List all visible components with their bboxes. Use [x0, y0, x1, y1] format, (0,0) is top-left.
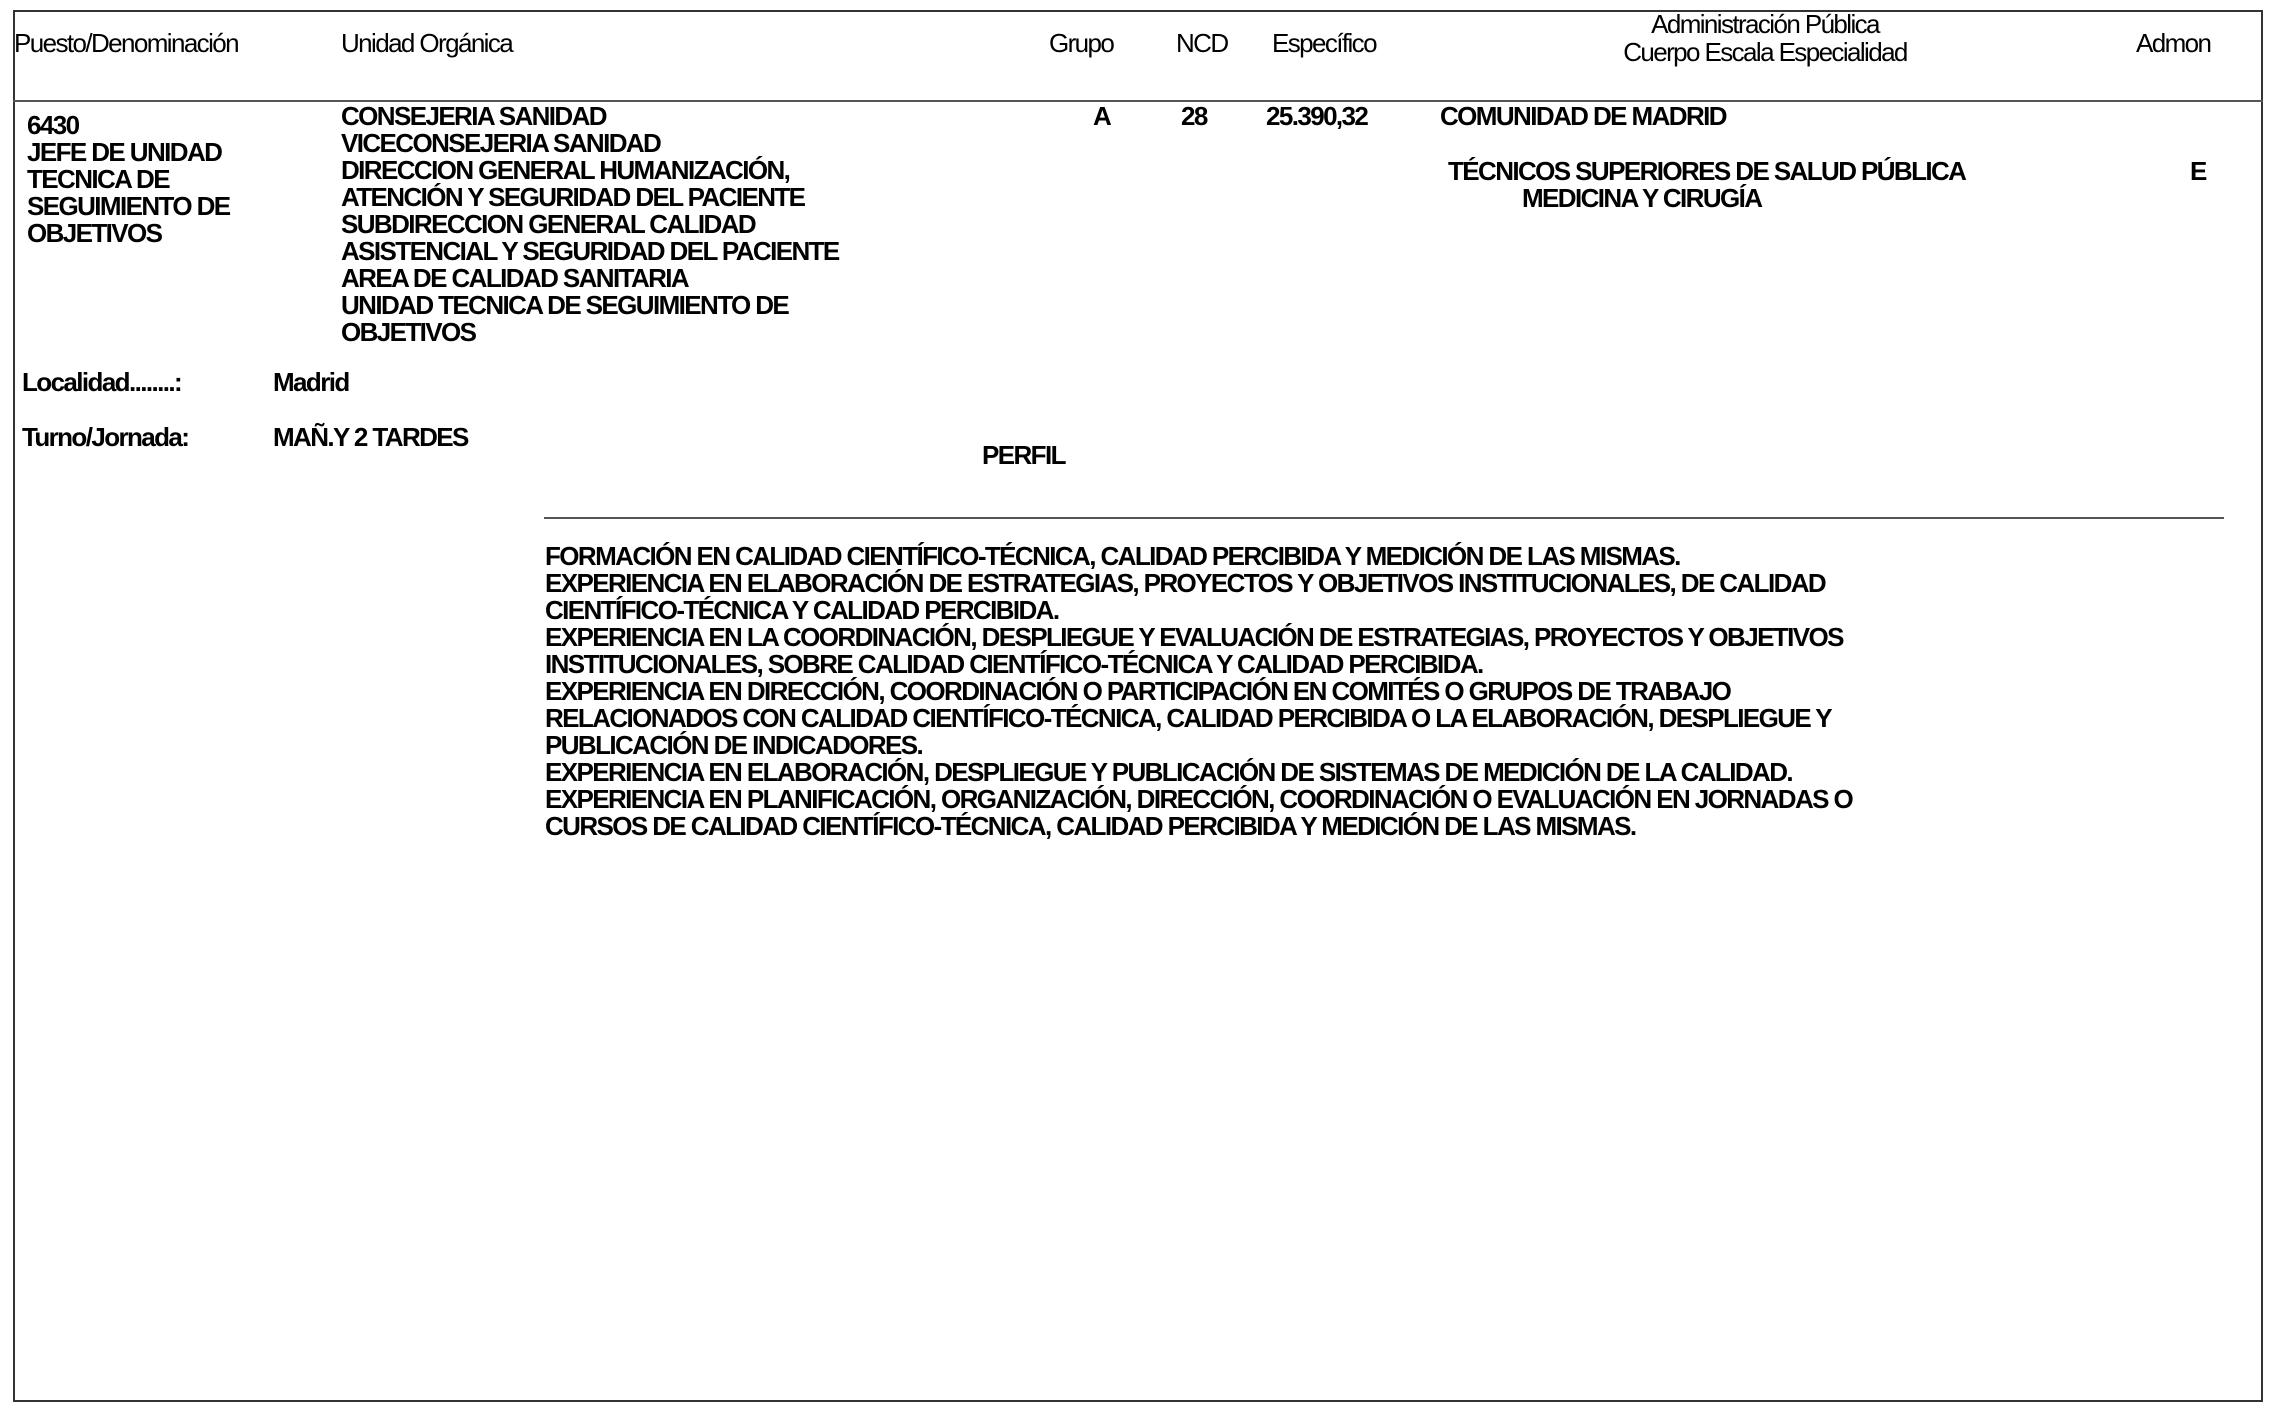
record-denominacion: JEFE DE UNIDADTECNICA DESEGUIMIENTO DEOB…	[27, 139, 230, 247]
denominacion-line: OBJETIVOS	[27, 220, 230, 247]
unidad-organica-line: ASISTENCIAL Y SEGURIDAD DEL PACIENTE	[341, 238, 839, 265]
perfil-line: FORMACIÓN EN CALIDAD CIENTÍFICO-TÉCNICA,…	[545, 543, 1852, 570]
unidad-organica-line: SUBDIRECCION GENERAL CALIDAD	[341, 211, 839, 238]
record-especifico: 25.390,32	[1266, 103, 1367, 130]
denominacion-line: SEGUIMIENTO DE	[27, 193, 230, 220]
turno-value: MAÑ.Y 2 TARDES	[273, 424, 468, 451]
record-admon: E	[2190, 158, 2206, 185]
turno-label: Turno/Jornada:	[22, 424, 188, 451]
record-unidad-organica: CONSEJERIA SANIDADVICECONSEJERIA SANIDAD…	[341, 103, 839, 346]
header-admin-line1: Administración Pública	[1540, 11, 1990, 38]
header-admon: Admon	[2136, 30, 2210, 57]
perfil-line: EXPERIENCIA EN LA COORDINACIÓN, DESPLIEG…	[545, 624, 1852, 651]
record-ncd: 28	[1181, 103, 1207, 130]
perfil-line: PUBLICACIÓN DE INDICADORES.	[545, 732, 1852, 759]
localidad-value: Madrid	[273, 369, 349, 396]
perfil-line: EXPERIENCIA EN ELABORACIÓN DE ESTRATEGIA…	[545, 570, 1852, 597]
perfil-text: FORMACIÓN EN CALIDAD CIENTÍFICO-TÉCNICA,…	[545, 543, 1852, 840]
header-especifico: Específico	[1272, 30, 1376, 57]
header-admin-line2: Cuerpo Escala Especialidad	[1540, 39, 1990, 66]
unidad-organica-line: AREA DE CALIDAD SANITARIA	[341, 265, 839, 292]
localidad-label: Localidad........:	[22, 369, 181, 396]
denominacion-line: TECNICA DE	[27, 166, 230, 193]
denominacion-line: JEFE DE UNIDAD	[27, 139, 230, 166]
perfil-line: CIENTÍFICO-TÉCNICA Y CALIDAD PERCIBIDA.	[545, 597, 1852, 624]
header-grupo: Grupo	[1049, 30, 1113, 57]
unidad-organica-line: OBJETIVOS	[341, 319, 839, 346]
record-code: 6430	[27, 112, 78, 139]
perfil-line: INSTITUCIONALES, SOBRE CALIDAD CIENTÍFIC…	[545, 651, 1852, 678]
unidad-organica-line: DIRECCION GENERAL HUMANIZACIÓN,	[341, 157, 839, 184]
header-ncd: NCD	[1176, 30, 1228, 57]
perfil-line: EXPERIENCIA EN ELABORACIÓN, DESPLIEGUE Y…	[545, 759, 1852, 786]
record-especialidad: MEDICINA Y CIRUGÍA	[1522, 185, 1761, 212]
record-administracion: COMUNIDAD DE MADRID	[1440, 103, 1726, 130]
record-grupo: A	[1093, 103, 1110, 130]
unidad-organica-line: VICECONSEJERIA SANIDAD	[341, 130, 839, 157]
header-puesto: Puesto/Denominación	[14, 30, 238, 57]
perfil-line: EXPERIENCIA EN DIRECCIÓN, COORDINACIÓN O…	[545, 678, 1852, 705]
perfil-line: RELACIONADOS CON CALIDAD CIENTÍFICO-TÉCN…	[545, 705, 1852, 732]
unidad-organica-line: ATENCIÓN Y SEGURIDAD DEL PACIENTE	[341, 184, 839, 211]
perfil-line: CURSOS DE CALIDAD CIENTÍFICO-TÉCNICA, CA…	[545, 813, 1852, 840]
unidad-organica-line: UNIDAD TECNICA DE SEGUIMIENTO DE	[341, 292, 839, 319]
header-unidad: Unidad Orgánica	[341, 30, 512, 57]
unidad-organica-line: CONSEJERIA SANIDAD	[341, 103, 839, 130]
record-cuerpo: TÉCNICOS SUPERIORES DE SALUD PÚBLICA	[1448, 158, 1965, 185]
perfil-title: PERFIL	[982, 442, 1065, 469]
perfil-line: EXPERIENCIA EN PLANIFICACIÓN, ORGANIZACI…	[545, 786, 1852, 813]
perfil-divider	[544, 517, 2224, 519]
